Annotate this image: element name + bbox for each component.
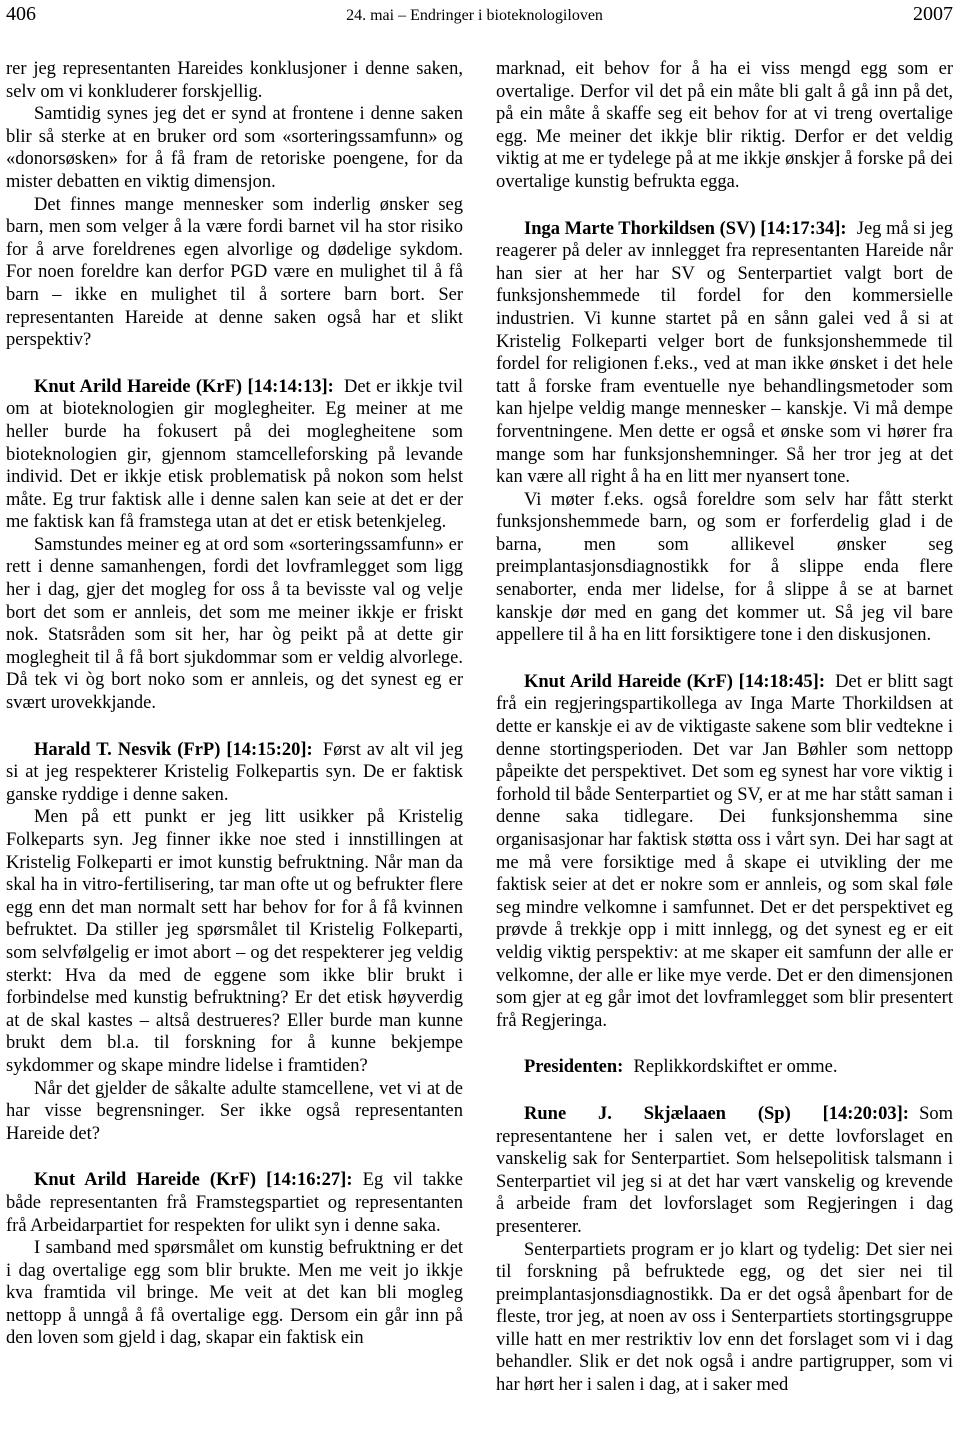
paragraph: Samtidig synes jeg det er synd at fronte… bbox=[6, 103, 463, 193]
document-page: 406 24. mai – Endringer i bioteknologilo… bbox=[0, 0, 960, 1432]
speech-text: Det er blitt sagt frå ein regjeringspart… bbox=[496, 672, 953, 1031]
speech-paragraph: Knut Arild Hareide (KrF) [14:16:27]:Eg v… bbox=[6, 1169, 463, 1237]
speech-paragraph: Rune J. Skjælaaen (Sp) [14:20:03]:Som re… bbox=[496, 1103, 953, 1239]
speech-paragraph: Knut Arild Hareide (KrF) [14:14:13]:Det … bbox=[6, 376, 463, 534]
page-year: 2007 bbox=[913, 3, 953, 25]
running-title: 24. mai – Endringer i bioteknologiloven bbox=[36, 5, 913, 27]
paragraph: Men på ett punkt er jeg litt usikker på … bbox=[6, 806, 463, 1077]
speech-text: Replikkordskiftet er omme. bbox=[634, 1057, 838, 1077]
speech-paragraph: Presidenten:Replikkordskiftet er omme. bbox=[496, 1056, 953, 1079]
continuation-paragraph: rer jeg representanten Hareides konklusj… bbox=[6, 58, 463, 103]
speaker-label: Harald T. Nesvik (FrP) [14:15:20]: bbox=[34, 740, 313, 760]
speaker-label: Knut Arild Hareide (KrF) [14:18:45]: bbox=[524, 672, 825, 692]
speech-paragraph: Harald T. Nesvik (FrP) [14:15:20]:Først … bbox=[6, 739, 463, 807]
right-column: marknad, eit behov for å ha ei viss meng… bbox=[496, 58, 953, 1430]
paragraph: Senterpartiets program er jo klart og ty… bbox=[496, 1239, 953, 1397]
speech-text: Jeg må si jeg reagerer på deler av innle… bbox=[496, 219, 953, 488]
speech-paragraph: Inga Marte Thorkildsen (SV) [14:17:34]:J… bbox=[496, 218, 953, 489]
page-header: 406 24. mai – Endringer i bioteknologilo… bbox=[6, 3, 953, 27]
speaker-label: Rune J. Skjælaaen (Sp) [14:20:03]: bbox=[524, 1104, 909, 1124]
paragraph: I samband med spørsmålet om kunstig befr… bbox=[6, 1237, 463, 1350]
speaker-label: Knut Arild Hareide (KrF) [14:14:13]: bbox=[34, 377, 334, 397]
paragraph: Samstundes meiner eg at ord som «sorteri… bbox=[6, 534, 463, 715]
speaker-label: Inga Marte Thorkildsen (SV) [14:17:34]: bbox=[524, 219, 847, 239]
paragraph: Vi møter f.eks. også foreldre som selv h… bbox=[496, 489, 953, 647]
text-columns: rer jeg representanten Hareides konklusj… bbox=[6, 58, 953, 1430]
paragraph: Når det gjelder de såkalte adulte stamce… bbox=[6, 1078, 463, 1146]
continuation-paragraph: marknad, eit behov for å ha ei viss meng… bbox=[496, 58, 953, 194]
speaker-label: Knut Arild Hareide (KrF) [14:16:27]: bbox=[34, 1170, 353, 1190]
left-column: rer jeg representanten Hareides konklusj… bbox=[6, 58, 463, 1430]
speech-text: Det er ikkje tvil om at bioteknologien g… bbox=[6, 377, 463, 533]
page-number: 406 bbox=[6, 3, 36, 25]
paragraph: Det finnes mange mennesker som inderlig … bbox=[6, 194, 463, 352]
speech-paragraph: Knut Arild Hareide (KrF) [14:18:45]:Det … bbox=[496, 671, 953, 1033]
speaker-label: Presidenten: bbox=[524, 1057, 623, 1077]
